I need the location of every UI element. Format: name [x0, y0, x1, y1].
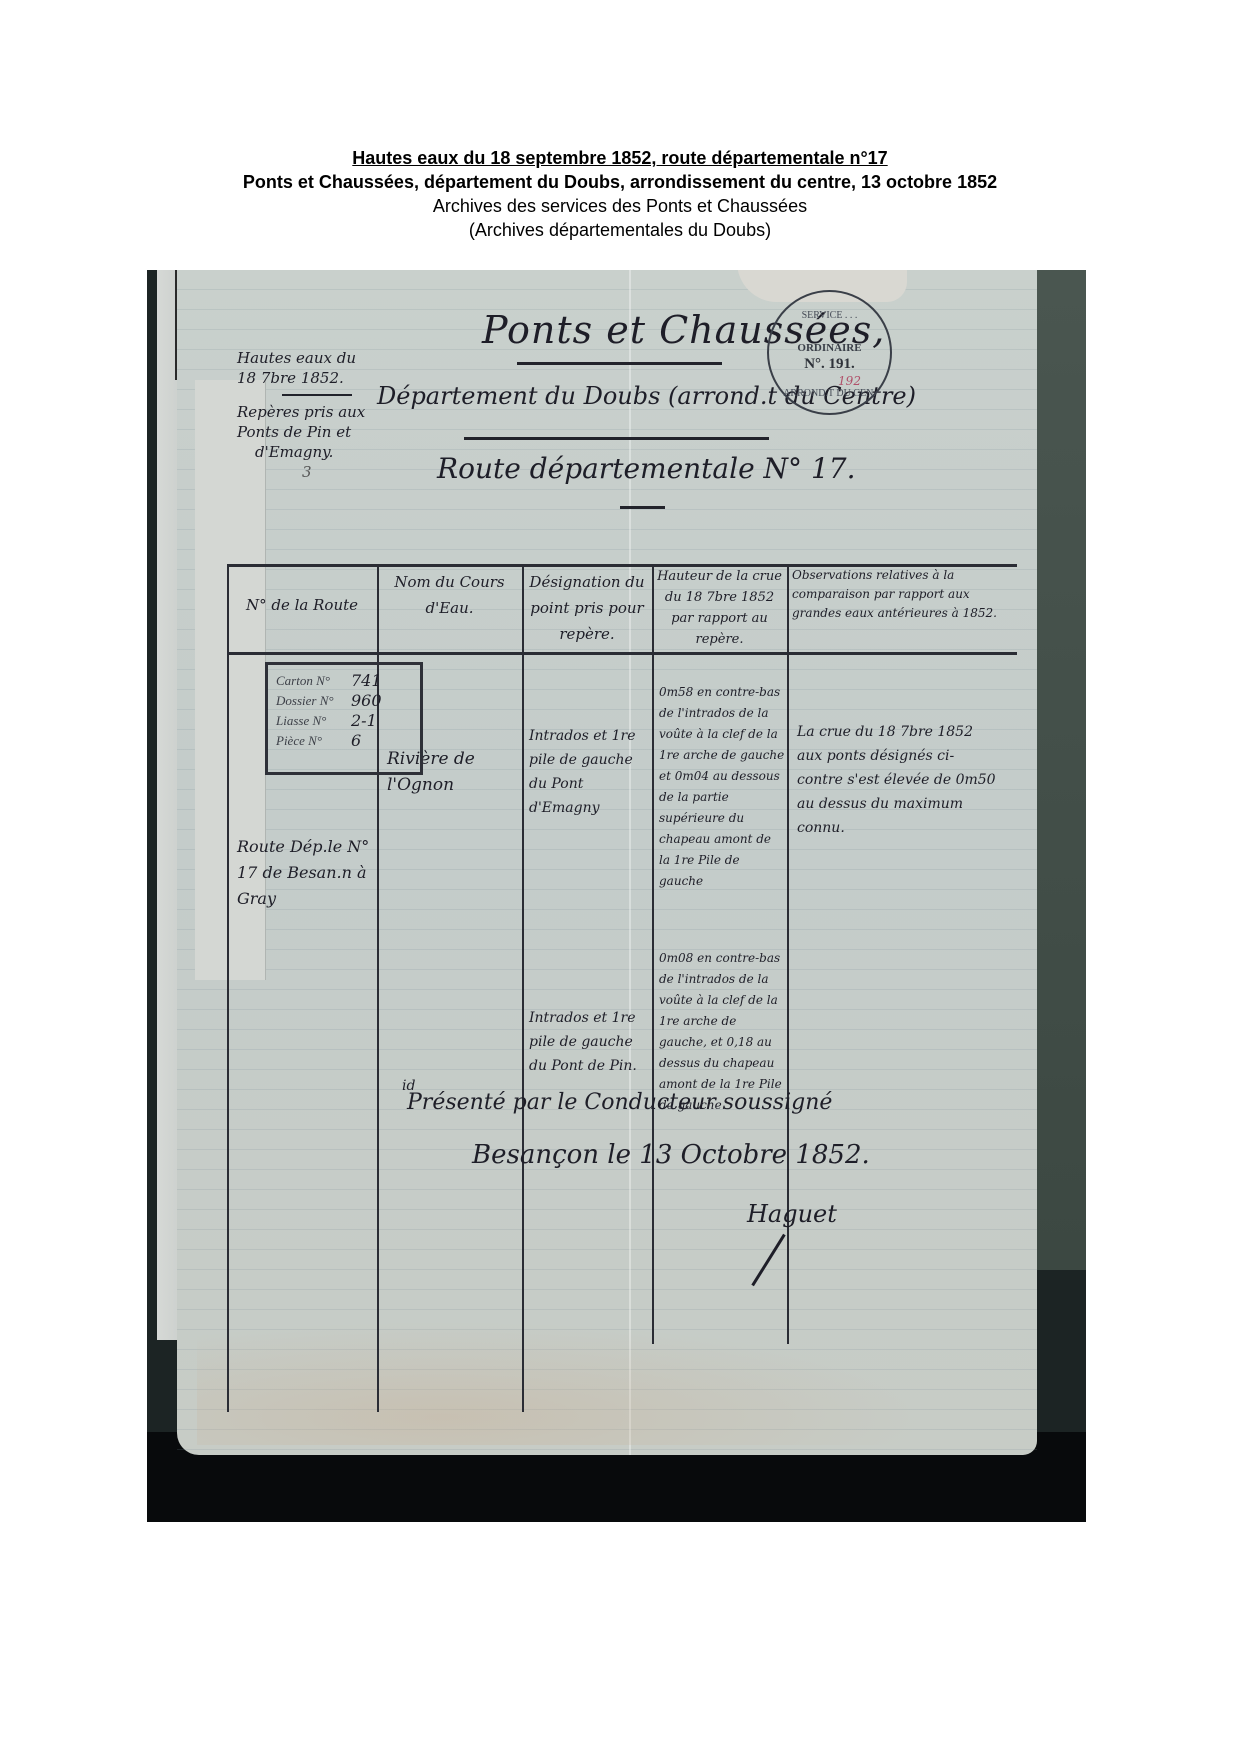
carton-label: Carton N°: [276, 671, 351, 691]
dossier-label: Dossier N°: [276, 691, 351, 711]
piece-value: 6: [351, 731, 361, 751]
table-col-divider: [652, 564, 654, 1344]
header-observations: Observations relatives à la comparaison …: [792, 566, 1012, 623]
cell-observation-1: La crue du 18 7bre 1852 aux ponts désign…: [797, 720, 997, 840]
header-flood-height: Hauteur de la crue du 18 7bre 1852 par r…: [657, 566, 782, 650]
archive-label-box: Carton N°741 Dossier N°960 Liasse N°2-1 …: [265, 662, 423, 775]
closing-place-date: Besançon le 13 Octobre 1852.: [472, 1140, 870, 1170]
margin-note: Hautes eaux du 18 7bre 1852. Repères pri…: [237, 348, 382, 482]
margin-note-line: Repères pris aux: [237, 403, 365, 421]
cell-route: Route Dép.le N° 17 de Besan.n à Gray: [237, 834, 372, 912]
table-header-rule: [227, 652, 1017, 655]
header-reference-point: Désignation du point pris pour repère.: [527, 569, 647, 647]
caption-title: Hautes eaux du 18 septembre 1852, route …: [0, 146, 1240, 170]
table-col-divider: [522, 564, 524, 1412]
cell-height-1: 0m58 en contre-bas de l'intrados de la v…: [659, 682, 785, 892]
official-stamp: SERVICE . . . ORDINAIRE N°. 191. 192 ARR…: [767, 290, 892, 415]
archival-document-photo: Ponts et Chaussées, Département du Doubs…: [147, 270, 1086, 1522]
margin-note-separator: [282, 394, 352, 396]
stamp-top-text: SERVICE . . .: [769, 310, 890, 321]
margin-note-line: 18 7bre 1852.: [237, 369, 344, 387]
route-rule: [620, 506, 665, 509]
margin-note-line: Ponts de Pin et: [237, 423, 351, 441]
stamp-bottom-text: ARROND.T DU CEN.: [769, 388, 890, 399]
stamp-middle-text: ORDINAIRE: [769, 342, 890, 354]
stamp-number: N°. 191.: [769, 356, 890, 373]
department-rule: [464, 437, 769, 440]
header-river-name: Nom du Cours d'Eau.: [382, 569, 517, 621]
dossier-value: 960: [351, 691, 382, 711]
table-col-divider: [227, 564, 229, 1412]
cell-point-1: Intrados et 1re pile de gauche du Pont d…: [529, 724, 649, 820]
carton-value: 741: [351, 671, 382, 691]
margin-note-line: Hautes eaux du: [237, 349, 356, 367]
caption-subtitle: Ponts et Chaussées, département du Doubs…: [0, 170, 1240, 194]
liasse-value: 2-1: [351, 711, 377, 731]
signature: Haguet: [747, 1200, 837, 1228]
closing-presented-by: Présenté par le Conducteur soussigné: [407, 1090, 832, 1115]
caption-source: Archives des services des Ponts et Chaus…: [0, 194, 1240, 218]
document-route: Route départementale N° 17.: [437, 452, 855, 485]
stamp-correction: 192: [789, 374, 910, 388]
document-sheet: Ponts et Chaussées, Département du Doubs…: [177, 270, 1037, 1455]
cell-point-2: Intrados et 1re pile de gauche du Pont d…: [529, 1006, 649, 1078]
page-caption: Hautes eaux du 18 septembre 1852, route …: [0, 146, 1240, 242]
heading-rule: [517, 362, 722, 365]
header-route-number: N° de la Route: [232, 592, 372, 618]
caption-archive: (Archives départementales du Doubs): [0, 218, 1240, 242]
liasse-label: Liasse N°: [276, 711, 351, 731]
piece-label: Pièce N°: [276, 731, 351, 751]
folio-number: 3: [237, 462, 382, 482]
margin-note-line: d'Emagny.: [237, 443, 333, 461]
